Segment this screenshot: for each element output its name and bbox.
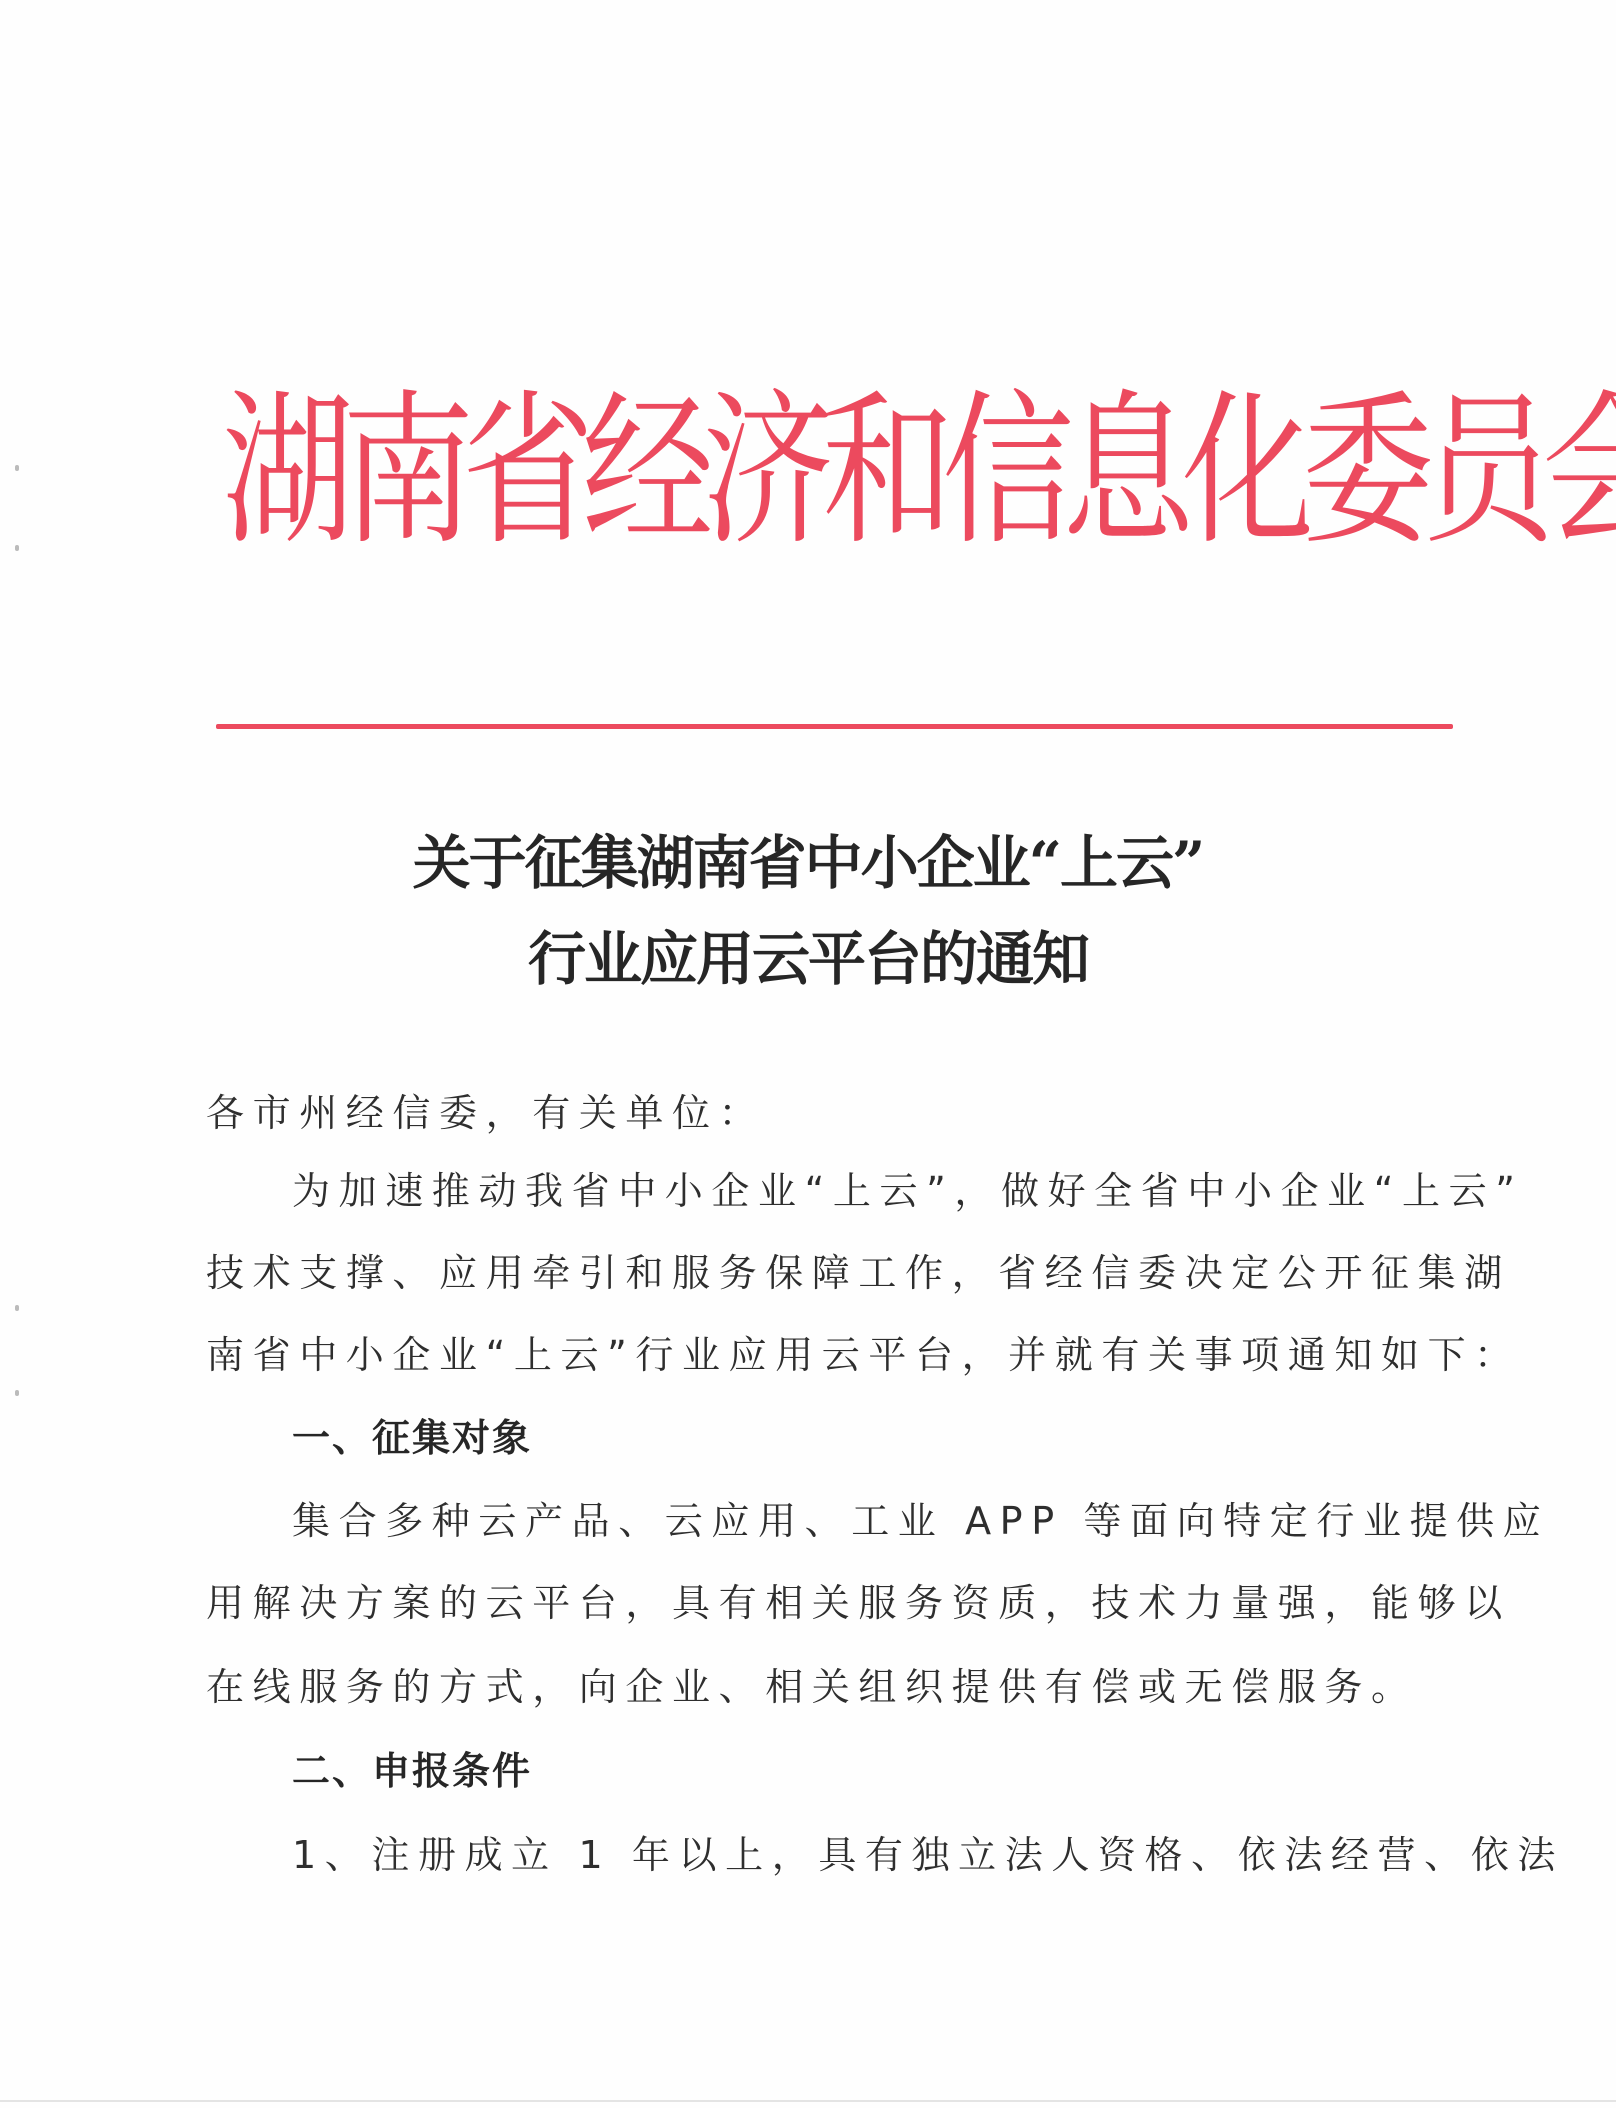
issuer-red-header: 湖南省经济和信息化委员会文件 [222, 368, 1434, 576]
red-separator-line [216, 724, 1453, 729]
section-heading-2: 二、申报条件 [292, 1746, 1542, 1796]
document-title-line-1: 关于征集湖南省中小企业“上云” [0, 816, 1616, 900]
scan-margin-mark [15, 465, 19, 471]
intro-paragraph-line-3: 南省中小企业“上云”行业应用云平台，并就有关事项通知如下： [206, 1330, 1456, 1380]
salutation: 各市州经信委，有关单位： [206, 1088, 1456, 1138]
section-1-line-2: 用解决方案的云平台，具有相关服务资质，技术力量强，能够以 [206, 1578, 1456, 1628]
scan-margin-mark [15, 1305, 19, 1311]
section-1-line-3: 在线服务的方式，向企业、相关组织提供有偿或无偿服务。 [206, 1662, 1456, 1712]
intro-paragraph-line-2: 技术支撑、应用牵引和服务保障工作，省经信委决定公开征集湖 [206, 1248, 1456, 1298]
section-2-line-1: 1、注册成立 1 年以上，具有独立法人资格、依法经营、依法 [292, 1830, 1542, 1880]
document-page: 湖南省经济和信息化委员会文件 关于征集湖南省中小企业“上云” 行业应用云平台的通… [0, 0, 1616, 2108]
scan-bottom-edge [0, 2100, 1616, 2102]
section-1-line-1: 集合多种云产品、云应用、工业 APP 等面向特定行业提供应 [292, 1496, 1542, 1546]
intro-paragraph-line-1: 为加速推动我省中小企业“上云”，做好全省中小企业“上云” [292, 1166, 1542, 1216]
scan-margin-mark [15, 1390, 19, 1396]
document-title-line-2: 行业应用云平台的通知 [0, 912, 1616, 996]
scan-margin-mark [15, 545, 19, 551]
section-heading-1: 一、征集对象 [292, 1413, 1542, 1463]
